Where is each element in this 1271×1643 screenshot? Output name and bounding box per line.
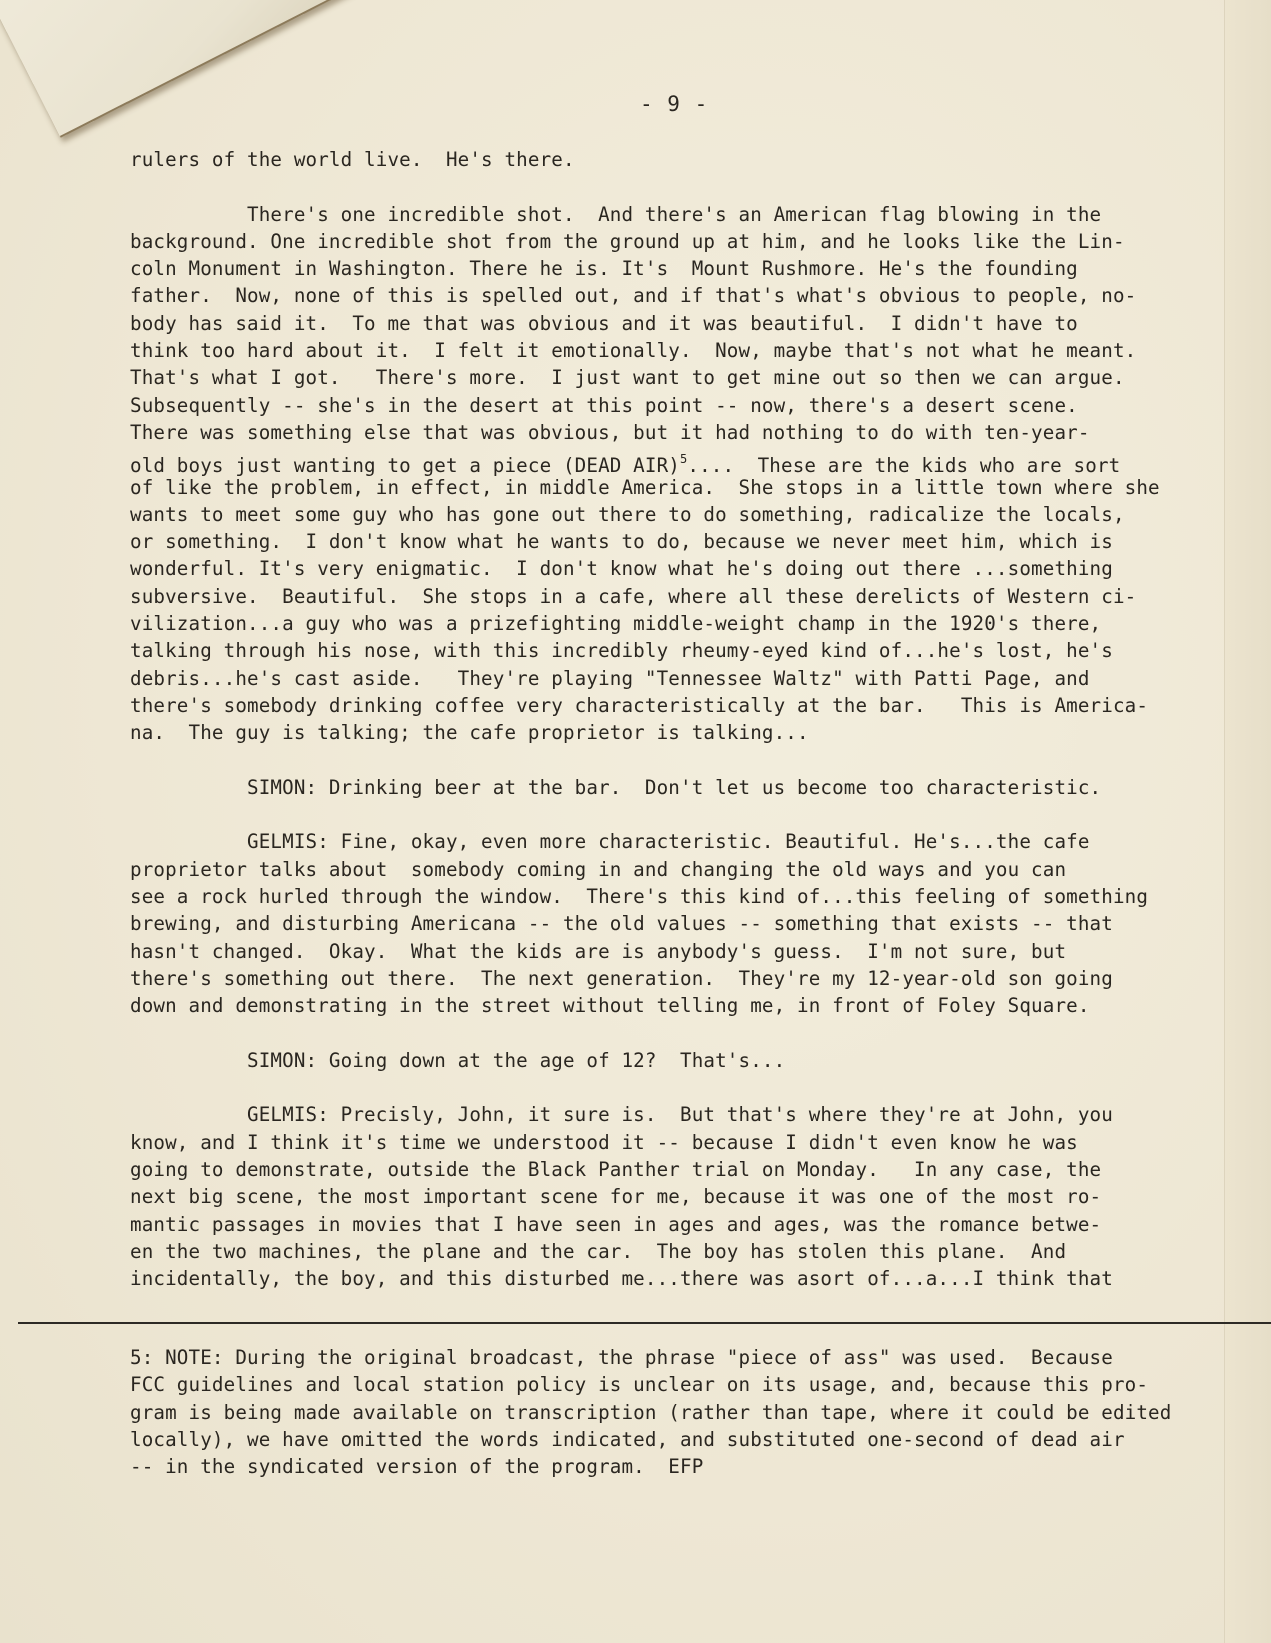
footnote-line: 5: NOTE: During the original broadcast, … [130, 1344, 1180, 1371]
text-line: proprietor talks about somebody coming i… [130, 856, 1180, 883]
text-line: talking through his nose, with this incr… [130, 637, 1180, 664]
text-line: background. One incredible shot from the… [130, 228, 1180, 255]
text-line: rulers of the world live. He's there. [130, 146, 1180, 173]
text-line: debris...he's cast aside. They're playin… [130, 665, 1180, 692]
text-line [130, 173, 1180, 200]
text-line [130, 801, 1180, 828]
text-line: GELMIS: Precisly, John, it sure is. But … [130, 1101, 1180, 1128]
text-line: mantic passages in movies that I have se… [130, 1211, 1180, 1238]
footnote-line: gram is being made available on transcri… [130, 1399, 1180, 1426]
text-line [130, 747, 1180, 774]
text-line [130, 1074, 1180, 1101]
text-line: there's something out there. The next ge… [130, 965, 1180, 992]
footnote-marker: 5 [680, 452, 687, 466]
footnote-line: -- in the syndicated version of the prog… [130, 1453, 1180, 1480]
text-line: wonderful. It's very enigmatic. I don't … [130, 555, 1180, 582]
text-line: SIMON: Drinking beer at the bar. Don't l… [130, 774, 1180, 801]
text-line: body has said it. To me that was obvious… [130, 310, 1180, 337]
text-line: or something. I don't know what he wants… [130, 528, 1180, 555]
body-text: rulers of the world live. He's there. Th… [130, 146, 1180, 1292]
footnote: 5: NOTE: During the original broadcast, … [130, 1344, 1180, 1480]
footnote-divider [18, 1322, 1271, 1324]
page-number: - 9 - [640, 92, 708, 116]
text-line: see a rock hurled through the window. Th… [130, 883, 1180, 910]
text-line: vilization...a guy who was a prizefighti… [130, 610, 1180, 637]
text-line: of like the problem, in effect, in middl… [130, 474, 1180, 501]
text-line: hasn't changed. Okay. What the kids are … [130, 938, 1180, 965]
text-line: en the two machines, the plane and the c… [130, 1238, 1180, 1265]
text-line: subversive. Beautiful. She stops in a ca… [130, 583, 1180, 610]
text-line: wants to meet some guy who has gone out … [130, 501, 1180, 528]
footnote-line: FCC guidelines and local station policy … [130, 1371, 1180, 1398]
text-line: know, and I think it's time we understoo… [130, 1129, 1180, 1156]
text-line: old boys just wanting to get a piece (DE… [130, 446, 1180, 473]
text-line: GELMIS: Fine, okay, even more characteri… [130, 828, 1180, 855]
text-line: Subsequently -- she's in the desert at t… [130, 392, 1180, 419]
text-line: There was something else that was obviou… [130, 419, 1180, 446]
footnote-line: locally), we have omitted the words indi… [130, 1426, 1180, 1453]
text-line: think too hard about it. I felt it emoti… [130, 337, 1180, 364]
text-line: there's somebody drinking coffee very ch… [130, 692, 1180, 719]
text-line: next big scene, the most important scene… [130, 1183, 1180, 1210]
text-line: down and demonstrating in the street wit… [130, 992, 1180, 1019]
text-line [130, 1020, 1180, 1047]
text-line: going to demonstrate, outside the Black … [130, 1156, 1180, 1183]
text-line: coln Monument in Washington. There he is… [130, 255, 1180, 282]
text-line: There's one incredible shot. And there's… [130, 201, 1180, 228]
text-line: incidentally, the boy, and this disturbe… [130, 1265, 1180, 1292]
text-line: father. Now, none of this is spelled out… [130, 282, 1180, 309]
page-edge [1224, 0, 1271, 1643]
text-line: brewing, and disturbing Americana -- the… [130, 910, 1180, 937]
text-line: SIMON: Going down at the age of 12? That… [130, 1047, 1180, 1074]
text-line: That's what I got. There's more. I just … [130, 364, 1180, 391]
text-line: na. The guy is talking; the cafe proprie… [130, 719, 1180, 746]
